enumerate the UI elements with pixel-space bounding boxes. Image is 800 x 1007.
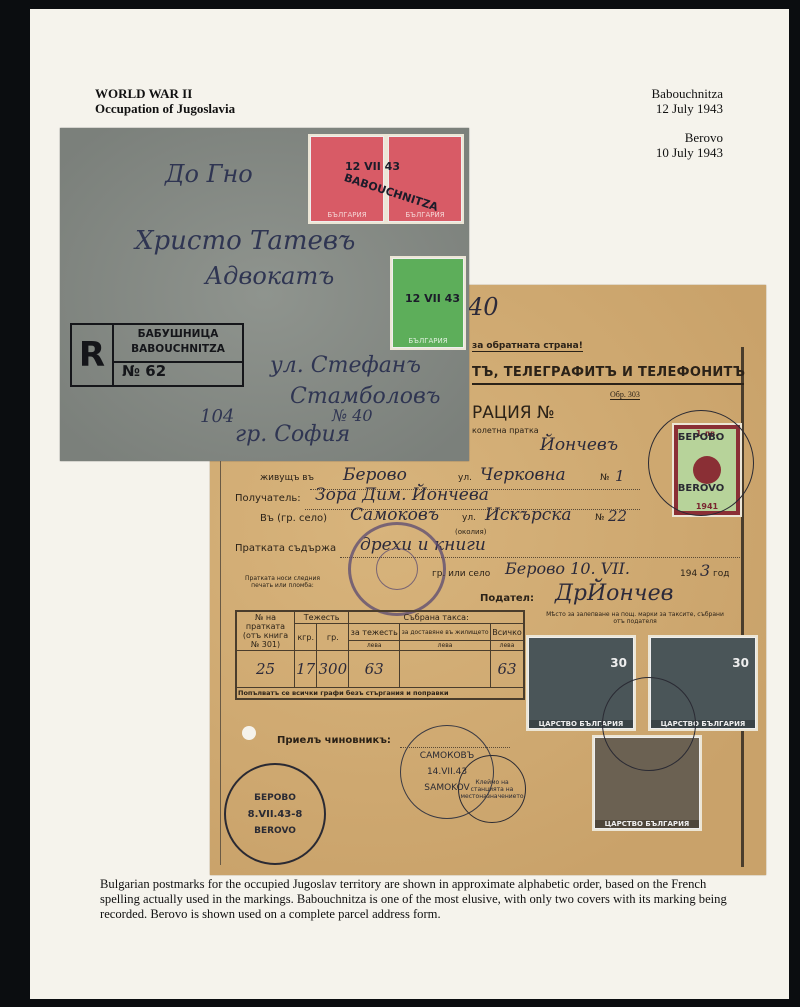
corner-note: 40 <box>468 293 499 321</box>
postmark-berovo-2: БЕРОВО BEROVO <box>648 410 754 516</box>
recipient-label: Получатель: <box>235 493 301 504</box>
page-title: WORLD WAR II <box>95 86 235 101</box>
item-labels: Babouchnitza 12 July 1943 Berovo 10 July… <box>652 86 723 160</box>
page-header: WORLD WAR II Occupation of Jugoslavia <box>95 86 235 116</box>
form-number: Обр. 303 <box>610 390 640 400</box>
contents-label: Пратката съдържа <box>235 543 336 554</box>
postmark-date: 12 VII 43 <box>405 292 460 305</box>
place-date-value: Берово 10. VII. <box>505 559 630 578</box>
address-line: гр. София <box>235 422 350 447</box>
postmark-date: 12 VII 43 <box>345 160 400 173</box>
seal-label: Пратката носи следния печать или пломба: <box>235 575 330 589</box>
sender-signature: ДрЙончев <box>555 581 673 606</box>
registration-number: № 62 <box>122 362 166 380</box>
street-value: Черковна <box>480 465 566 485</box>
address-line: До Гно <box>165 160 253 188</box>
destination-seal: Клеймо на станцията на местоназначението <box>458 755 526 823</box>
postmark-berovo-3 <box>602 677 696 771</box>
address-line: Адвокатъ <box>205 262 334 290</box>
address-line: ул. Стефанъ <box>270 353 421 378</box>
stamp-area-label: Мѣсто за залепване на пощ. марки за такс… <box>540 611 730 625</box>
form-top-note: за обратната страна! <box>472 341 583 352</box>
label-date-2: 10 July 1943 <box>652 145 723 160</box>
page-caption: Bulgarian postmarks for the occupied Jug… <box>100 877 740 922</box>
label-place-1: Babouchnitza <box>652 86 723 101</box>
page-subtitle: Occupation of Jugoslavia <box>95 101 235 116</box>
registered-cover: До Гно Христо Татевъ Адвокатъ ул. Стефан… <box>60 128 469 461</box>
living-label: живущъ въ <box>260 473 314 483</box>
registration-letter: R <box>72 325 114 385</box>
form-border <box>741 347 744 867</box>
living-value: Берово <box>343 465 407 485</box>
form-subtitle: колетна пратка <box>472 426 539 435</box>
sender-label: Подател: <box>480 593 534 604</box>
destination-street: Искърска <box>485 505 572 525</box>
clerk-label: Приелъ чиновникъ: <box>277 735 391 746</box>
form-perforation <box>220 455 221 865</box>
form-title: РАЦИЯ № <box>472 403 555 423</box>
fee-table: № на пратката (отъ книга № 301) Тежесть … <box>235 610 525 700</box>
registration-label: R БАБУШНИЦА BABOUCHNITZA № 62 <box>70 323 244 387</box>
recipient-value: Зора Дим. Йончева <box>315 485 489 505</box>
table-row: 25 17 300 63 63 <box>236 651 524 688</box>
label-date-1: 12 July 1943 <box>652 101 723 116</box>
postmark-berovo-1: БЕРОВО 8.VII.43-8 BEROVO <box>224 763 326 865</box>
address-line: Христо Татевъ <box>135 226 355 256</box>
form-heading: ТЪ, ТЕЛЕГРАФИТЪ И ТЕЛЕФОНИТЪ <box>472 365 745 380</box>
label-place-2: Berovo <box>652 130 723 145</box>
sender-name: Йончевъ <box>540 435 618 455</box>
address-line: 104 <box>200 406 234 427</box>
punch-hole <box>242 726 256 740</box>
